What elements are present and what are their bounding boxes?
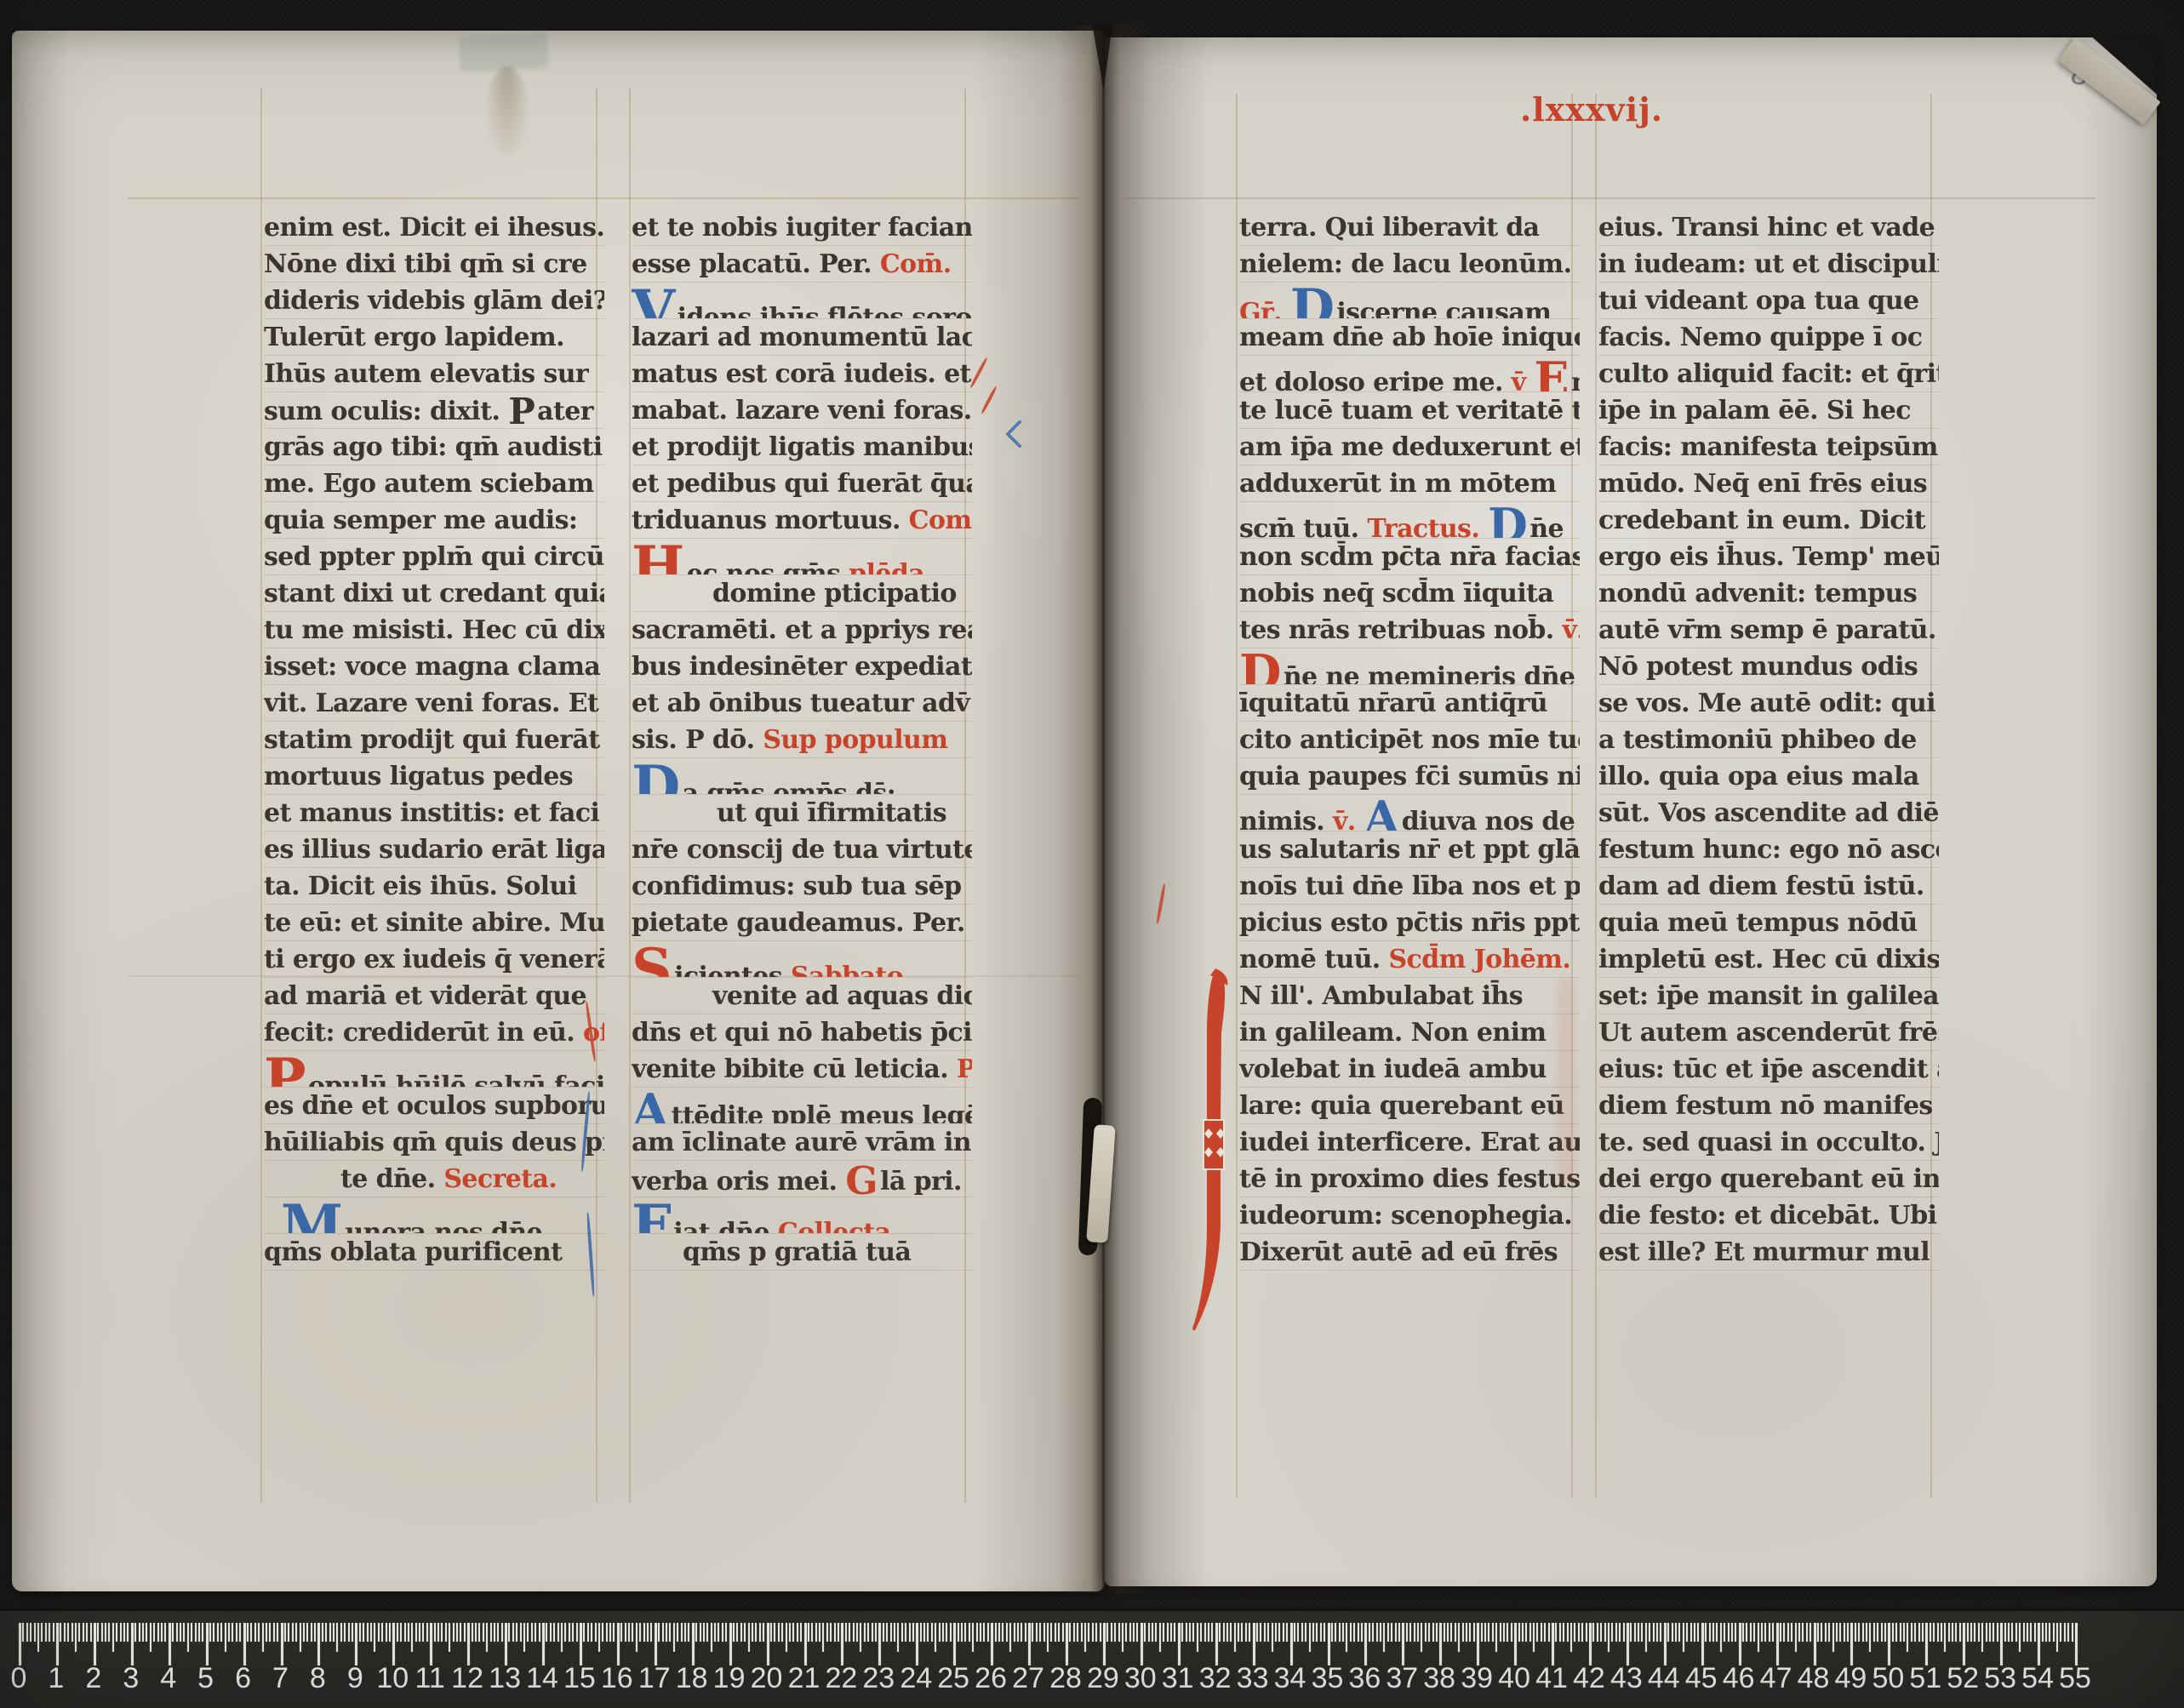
- rubric-text: plēda.: [849, 559, 933, 575]
- ruler-mm-tick: [1339, 1623, 1341, 1642]
- body-text: lazari ad monumentū lacʼ: [632, 323, 972, 352]
- ruler-half-tick: [1197, 1623, 1198, 1652]
- body-text: confidimus: sub tua sēp: [632, 871, 962, 901]
- ruler-mm-tick: [1649, 1623, 1650, 1642]
- ruler-mm-tick: [1690, 1623, 1692, 1642]
- ruler-number: 5: [197, 1662, 214, 1695]
- ruler-mm-tick: [314, 1623, 316, 1642]
- ruler-mm-tick: [883, 1623, 884, 1642]
- body-text: nimis.: [1239, 807, 1333, 831]
- ruler-number: 18: [676, 1662, 708, 1695]
- manuscript-text-line: iudeorum: scenophegia.: [1239, 1197, 1580, 1234]
- manuscript-text-line: nr̄e conscij de tua virtute: [632, 831, 972, 868]
- ruler-mm-tick: [2027, 1623, 2028, 1642]
- ruler-mm-tick: [531, 1623, 533, 1642]
- manuscript-text-line: impletū est. Hec cū dixis: [1598, 941, 1939, 978]
- ruler-mm-tick: [22, 1623, 24, 1642]
- body-text: set: ip̄e mansit in galilea.: [1598, 981, 1939, 1011]
- ruler-mm-tick: [1425, 1623, 1426, 1642]
- manuscript-text-line: diem festum nō manifes: [1598, 1088, 1939, 1124]
- body-text: quia meū tempus nōdū: [1598, 908, 1918, 938]
- rubric-text: Sup populum: [763, 725, 947, 755]
- body-text: iudeorum: scenophegia.: [1239, 1201, 1572, 1231]
- ruler-mm-tick: [669, 1623, 671, 1642]
- manuscript-text-line: et pedibus qui fuerāt q̄ua: [632, 466, 972, 502]
- ruler-mm-tick: [83, 1623, 84, 1642]
- ruler-mm-tick: [969, 1623, 970, 1642]
- ruler-mm-tick: [1436, 1623, 1438, 1642]
- rubric-text: Ps̄.: [957, 1054, 972, 1084]
- ruler-mm-tick: [1555, 1623, 1557, 1642]
- ruler-half-tick: [411, 1623, 413, 1652]
- ruler-number: 6: [235, 1662, 251, 1695]
- ruler-half-tick: [1346, 1623, 1347, 1652]
- pink-smudge-stain: [1558, 977, 1575, 1185]
- ruler-mm-tick: [1780, 1623, 1781, 1642]
- ruler-mm-tick: [557, 1623, 559, 1642]
- blue-initial-text: A: [1364, 799, 1398, 831]
- ruler-mm-tick: [2053, 1623, 2055, 1642]
- ruler-mm-tick: [763, 1623, 764, 1642]
- manuscript-text-line: venite ad aquas dicit: [632, 978, 972, 1014]
- ruler-mm-tick: [1728, 1623, 1729, 1642]
- ruler-number: 43: [1610, 1662, 1643, 1695]
- body-text: dam ad diem festū istū.: [1598, 871, 1924, 901]
- text-column-left-2: et te nobis iugiter faciantesse placatū.…: [632, 209, 972, 1271]
- ruler-mm-tick: [1507, 1623, 1508, 1642]
- ruler-mm-tick: [1611, 1623, 1613, 1642]
- body-text: impletū est. Hec cū dixis: [1598, 945, 1939, 974]
- ruler-mm-tick: [1092, 1623, 1094, 1642]
- body-text: quia semper me audis:: [264, 506, 577, 535]
- ruler-mm-tick: [49, 1623, 50, 1642]
- ruler-mm-tick: [1731, 1623, 1733, 1642]
- ruler-half-tick: [523, 1623, 525, 1652]
- blue-initial-text: F: [632, 1202, 671, 1234]
- body-text: festum hunc: ego nō ascē: [1598, 835, 1939, 865]
- ruler-mm-tick: [939, 1623, 940, 1642]
- manuscript-text-line: Munera nos dn̄e: [264, 1197, 604, 1234]
- ruler-mm-tick: [864, 1623, 866, 1642]
- ruler-cm-tick: [505, 1623, 507, 1665]
- ruler-mm-tick: [381, 1623, 383, 1642]
- manuscript-text-line: Fiat dn̄e Collecta: [632, 1197, 972, 1234]
- ruler-mm-tick: [220, 1623, 222, 1642]
- ruler-mm-tick: [434, 1623, 436, 1642]
- ruler-half-tick: [449, 1623, 450, 1652]
- body-text: domine pticipatio: [712, 579, 957, 608]
- blue-initial-text: M: [281, 1202, 342, 1234]
- ruler-cm-tick: [2075, 1623, 2078, 1665]
- rubric-text: E: [1534, 360, 1569, 392]
- ruler-mm-tick: [983, 1623, 985, 1642]
- ruler-number: 20: [751, 1662, 783, 1695]
- body-text: statim prodijt qui fuerāt: [264, 725, 599, 755]
- body-text: matus est corā iudeis. et cla: [632, 359, 972, 389]
- ruler-half-tick: [2019, 1623, 2021, 1652]
- ruler-mm-tick: [819, 1623, 820, 1642]
- ruler-mm-tick: [1006, 1623, 1008, 1642]
- ruler-mm-tick: [602, 1623, 603, 1642]
- ruler-mm-tick: [1294, 1623, 1295, 1642]
- ruler-mm-tick: [1136, 1623, 1138, 1642]
- ruler-mm-tick: [1798, 1623, 1800, 1642]
- body-text: iat dn̄e: [673, 1218, 778, 1234]
- ruler-mm-tick: [1021, 1623, 1022, 1642]
- ruler-mm-tick: [460, 1623, 461, 1642]
- ruler-cm-tick: [729, 1623, 732, 1665]
- ruler-mm-tick: [26, 1623, 28, 1642]
- ruler-half-tick: [1608, 1623, 1609, 1652]
- ruler-half-tick: [1421, 1623, 1422, 1652]
- ruler-cm-tick: [1925, 1623, 1928, 1665]
- ruler-number: 8: [310, 1662, 326, 1695]
- ruler-mm-tick: [774, 1623, 775, 1642]
- ruler-mm-tick: [1941, 1623, 1942, 1642]
- ruler-mm-tick: [1409, 1623, 1411, 1642]
- manuscript-text-line: tui videant opa tua que: [1598, 283, 1939, 319]
- ruler-mm-tick: [2049, 1623, 2050, 1642]
- body-text: a testimoniū phibeo de: [1598, 725, 1917, 755]
- rubric-text: G: [845, 1165, 878, 1197]
- ruler-number: 48: [1798, 1662, 1830, 1695]
- ruling-line: [260, 89, 262, 1503]
- ruler-mm-tick: [1055, 1623, 1056, 1642]
- ruler-mm-tick: [397, 1623, 398, 1642]
- manuscript-text-line: in galileam. Non enim: [1239, 1014, 1580, 1051]
- ruler-cm-tick: [1402, 1623, 1404, 1665]
- rubric-text: v̄.: [1333, 807, 1364, 831]
- ruler-half-tick: [1683, 1623, 1684, 1652]
- ruler-mm-tick: [437, 1623, 439, 1642]
- ruler-half-tick: [1495, 1623, 1497, 1652]
- gutter-fold-line: [1102, 27, 1105, 1591]
- rubric-text: v̄: [1512, 368, 1535, 392]
- body-text: Dixerūt autē ad eū frēs: [1239, 1237, 1558, 1267]
- manuscript-text-line: enim est. Dicit ei ihesus.: [264, 209, 604, 246]
- ruler-mm-tick: [1358, 1623, 1359, 1642]
- ruler-mm-tick: [1369, 1623, 1370, 1642]
- ruler-mm-tick: [1544, 1623, 1546, 1642]
- ruler-mm-tick: [60, 1623, 61, 1642]
- body-text: terra. Qui liberavit da: [1239, 213, 1540, 243]
- ruler-mm-tick: [325, 1623, 327, 1642]
- manuscript-text-line: tes nrās retribuas nob̄. v̄.: [1239, 612, 1580, 648]
- ruler-mm-tick: [288, 1623, 289, 1642]
- body-text: mortuus ligatus pedes: [264, 762, 573, 791]
- manuscript-text-line: es dn̄e et oculos supborum: [264, 1088, 604, 1124]
- body-text: Ihūs autem elevatis sur: [264, 359, 588, 389]
- ruler-mm-tick: [1088, 1623, 1089, 1642]
- ruler-mm-tick: [2030, 1623, 2032, 1642]
- ruler-mm-tick: [980, 1623, 981, 1642]
- body-text: opulū hūilē salvū faci: [308, 1071, 604, 1088]
- manuscript-text-line: adduxerūt in m mōtem: [1239, 466, 1580, 502]
- ruler-number: 26: [975, 1662, 1007, 1695]
- ruler-mm-tick: [722, 1623, 723, 1642]
- manuscript-text-line: meam dn̄e ab hoīe iniquo: [1239, 319, 1580, 356]
- ruler-mm-tick: [1653, 1623, 1655, 1642]
- text-column-left-1: enim est. Dicit ei ihesus.Nōne dixi tibi…: [264, 209, 604, 1271]
- ruler-mm-tick: [1574, 1623, 1575, 1642]
- ruler-mm-tick: [1821, 1623, 1822, 1642]
- ruler-cm-tick: [243, 1623, 246, 1665]
- ruler-mm-tick: [1559, 1623, 1561, 1642]
- ruler-mm-tick: [1970, 1623, 1972, 1642]
- manuscript-text-line: credebant in eum. Dicit: [1598, 502, 1939, 539]
- ruler-mm-tick: [1634, 1623, 1636, 1642]
- ruler-mm-tick: [976, 1623, 978, 1642]
- body-text: Ut autem ascenderūt frēs: [1598, 1018, 1939, 1048]
- ruler-mm-tick: [1398, 1623, 1400, 1642]
- ruler-half-tick: [786, 1623, 787, 1652]
- ruler-mm-tick: [778, 1623, 780, 1642]
- ruler-half-tick: [1720, 1623, 1722, 1652]
- ruler-mm-tick: [1125, 1623, 1127, 1642]
- ruler-half-tick: [1758, 1623, 1759, 1652]
- body-text: sum oculis: dixit.: [264, 397, 508, 426]
- ruler-cm-tick: [2038, 1623, 2040, 1665]
- manuscript-text-line: nobis neq̄ scd̄m īiquita: [1239, 575, 1580, 612]
- ruler-number: 28: [1049, 1662, 1082, 1695]
- ruler-mm-tick: [1058, 1623, 1060, 1642]
- manuscript-text-line: Gr̄. Discerne causam: [1239, 283, 1580, 319]
- ruler-mm-tick: [2072, 1623, 2073, 1642]
- ink-drip-stain: [487, 66, 528, 155]
- ruler-mm-tick: [497, 1623, 499, 1642]
- ruler-mm-tick: [1724, 1623, 1725, 1642]
- ruler-mm-tick: [695, 1623, 697, 1642]
- ruler-mm-tick: [198, 1623, 200, 1642]
- body-text: bus indesinēter expediat.: [632, 652, 972, 682]
- manuscript-text-line: eius: tūc et ip̄e ascendit ad: [1598, 1051, 1939, 1088]
- rubric-text: Scd̄m Johēm.: [1388, 945, 1570, 974]
- ruler-half-tick: [561, 1623, 563, 1652]
- ruler-mm-tick: [1536, 1623, 1538, 1642]
- body-text: ttēdite pplē meus legē me: [672, 1101, 972, 1124]
- ruler-half-tick: [1047, 1623, 1049, 1652]
- ruler-mm-tick: [1492, 1623, 1494, 1642]
- body-text: et te nobis iugiter faciant: [632, 213, 972, 243]
- ruler-mm-tick: [1892, 1623, 1894, 1642]
- ruler-mm-tick: [1376, 1623, 1378, 1642]
- manuscript-text-line: lare: quia querebant eū: [1239, 1088, 1580, 1124]
- manuscript-text-line: Hec nos qm̄s plēda.: [632, 539, 972, 575]
- ruler-mm-tick: [1694, 1623, 1695, 1642]
- ruler-mm-tick: [1167, 1623, 1169, 1642]
- ruler-mm-tick: [815, 1623, 817, 1642]
- ruler-mm-tick: [838, 1623, 839, 1642]
- ruler-mm-tick: [1111, 1623, 1112, 1642]
- ruler-number: 0: [11, 1662, 27, 1695]
- ruler-mm-tick: [1660, 1623, 1661, 1642]
- ruler-mm-tick: [620, 1623, 622, 1642]
- body-text: in galileam. Non enim: [1239, 1018, 1547, 1048]
- ruler-mm-tick: [1656, 1623, 1658, 1642]
- ruler-mm-tick: [1911, 1623, 1912, 1642]
- ruler-mm-tick: [306, 1623, 308, 1642]
- ruler-mm-tick: [1331, 1623, 1333, 1642]
- ruler-number: 17: [638, 1662, 671, 1695]
- ruler-number: 22: [825, 1662, 857, 1695]
- gutter-shadow: [1058, 26, 1152, 1593]
- ruler-mm-tick: [609, 1623, 611, 1642]
- ruler-half-tick: [1570, 1623, 1572, 1652]
- ruler-mm-tick: [404, 1623, 406, 1642]
- ruler-mm-tick: [1305, 1623, 1306, 1642]
- manuscript-text-line: Attēdite pplē meus legē me: [632, 1088, 972, 1124]
- ruler-mm-tick: [1989, 1623, 1991, 1642]
- ruler-half-tick: [37, 1623, 39, 1652]
- ruler-cm-tick: [1888, 1623, 1890, 1665]
- ruling-line: [1125, 197, 2095, 199]
- ruler-mm-tick: [931, 1623, 933, 1642]
- ruler-mm-tick: [872, 1623, 873, 1642]
- ruler-half-tick: [711, 1623, 712, 1652]
- ruler-mm-tick: [639, 1623, 641, 1642]
- manuscript-text-line: et doloso eripe me. v̄ Emit: [1239, 356, 1580, 392]
- ruler-mm-tick: [886, 1623, 888, 1642]
- body-text: n̄e ne memineris dn̄e: [1284, 662, 1575, 685]
- ruler-half-tick: [822, 1623, 824, 1652]
- ruler-mm-tick: [34, 1623, 36, 1642]
- body-text: ip̄e in palam ēē. Si hec: [1598, 396, 1911, 426]
- body-text: mūdo. Neq̄ enī frēs eius: [1598, 469, 1927, 499]
- body-text: fecit: crediderūt in eū.: [264, 1018, 583, 1048]
- ruler-cm-tick: [1364, 1623, 1367, 1665]
- ruler-half-tick: [336, 1623, 338, 1652]
- body-text: tes nrās retribuas nob̄.: [1239, 615, 1562, 645]
- manuscript-text-line: verba oris mei. Glā pri.: [632, 1161, 972, 1197]
- body-text: te. sed quasi in occulto. Ju: [1598, 1128, 1939, 1157]
- ruler-number: 3: [123, 1662, 139, 1695]
- ruler-number: 1: [48, 1662, 64, 1695]
- ruler-mm-tick: [333, 1623, 334, 1642]
- body-text: nielem: de lacu leonūm.: [1239, 249, 1571, 279]
- ruler-mm-tick: [478, 1623, 480, 1642]
- manuscript-text-line: Dn̄e ne memineris dn̄e: [1239, 648, 1580, 685]
- ruler-mm-tick: [105, 1623, 106, 1642]
- ruler-mm-tick: [464, 1623, 466, 1642]
- manuscript-text-line: am ip̄a me deduxerunt et: [1239, 429, 1580, 466]
- body-text: quia paupes fc̄i sumūs ni: [1239, 762, 1580, 791]
- ruler-cm-tick: [655, 1623, 657, 1665]
- manuscript-text-line: ti ergo ex iudeis q̄ venerāt: [264, 941, 604, 978]
- body-text: nobis neq̄ scd̄m īiquita: [1239, 579, 1553, 608]
- ruler-mm-tick: [2067, 1623, 2069, 1642]
- body-text: a qm̄s omp̄s ds̄:: [683, 779, 896, 795]
- ruler-mm-tick: [195, 1623, 197, 1642]
- ruler-mm-tick: [583, 1623, 585, 1642]
- ruler-mm-tick: [1245, 1623, 1247, 1642]
- ruler-cm-tick: [692, 1623, 695, 1665]
- ruler-mm-tick: [408, 1623, 409, 1642]
- ruler-mm-tick: [1226, 1623, 1228, 1642]
- ruler-mm-tick: [30, 1623, 31, 1642]
- measure-ruler: 0123456789101112131415161718192021222324…: [0, 1611, 2184, 1708]
- body-text: tē in proximo dies festus: [1239, 1164, 1580, 1194]
- ruler-mm-tick: [1249, 1623, 1250, 1642]
- manuscript-text-line: Nō potest mundus odis: [1598, 648, 1939, 685]
- ruler-mm-tick: [266, 1623, 267, 1642]
- ruler-mm-tick: [643, 1623, 645, 1642]
- body-text: diuva nos de: [1402, 807, 1575, 831]
- ruling-line: [1236, 94, 1238, 1498]
- ruler-cm-tick: [131, 1623, 134, 1665]
- ruler-cm-tick: [916, 1623, 918, 1665]
- ruler-mm-tick: [1641, 1623, 1643, 1642]
- ruler-cm-tick: [1328, 1623, 1330, 1665]
- ruler-mm-tick: [453, 1623, 455, 1642]
- manuscript-text-line: eius. Transi hinc et vade: [1598, 209, 1939, 246]
- ruler-mm-tick: [1481, 1623, 1483, 1642]
- ruler-number: 25: [937, 1662, 969, 1695]
- rubric-text: v̄.: [1562, 615, 1580, 645]
- ruler-number: 14: [526, 1662, 558, 1695]
- rubric-text: Sabbato: [791, 962, 903, 978]
- body-text: mabat. lazare veni foras.: [632, 396, 972, 426]
- body-text: īquitatū nr̄arū antiq̄rū: [1239, 688, 1547, 718]
- ruler-mm-tick: [703, 1623, 705, 1642]
- ruler-mm-tick: [725, 1623, 727, 1642]
- manuscript-text-line: confidimus: sub tua sēp: [632, 868, 972, 905]
- ruler-mm-tick: [1241, 1623, 1243, 1642]
- ruler-mm-tick: [1077, 1623, 1078, 1642]
- ruler-mm-tick: [2011, 1623, 2013, 1642]
- ruler-mm-tick: [183, 1623, 185, 1642]
- manuscript-text-line: et ab ōnibus tueatur adv̄: [632, 685, 972, 722]
- ruler-mm-tick: [2004, 1623, 2006, 1642]
- ruler-mm-tick: [1118, 1623, 1120, 1642]
- manuscript-text-line: dam ad diem festū istū.: [1598, 868, 1939, 905]
- ruler-mm-tick: [1114, 1623, 1116, 1642]
- ruler-mm-tick: [961, 1623, 963, 1642]
- ruler-mm-tick: [273, 1623, 275, 1642]
- ruler-mm-tick: [1742, 1623, 1744, 1642]
- ruler-cm-tick: [1627, 1623, 1629, 1665]
- ruler-mm-tick: [677, 1623, 678, 1642]
- ruler-mm-tick: [1267, 1623, 1269, 1642]
- ruler-mm-tick: [1017, 1623, 1019, 1642]
- manuscript-text-line: a testimoniū phibeo de: [1598, 722, 1939, 758]
- ruler-mm-tick: [808, 1623, 809, 1642]
- ruler-mm-tick: [516, 1623, 517, 1642]
- body-text: credebant in eum. Dicit: [1598, 506, 1925, 535]
- ruler-number: 19: [713, 1662, 746, 1695]
- ruler-mm-tick: [1350, 1623, 1352, 1642]
- ruler-mm-tick: [1444, 1623, 1445, 1642]
- ruler-mm-tick: [1675, 1623, 1677, 1642]
- ruler-mm-tick: [781, 1623, 783, 1642]
- ruler-mm-tick: [591, 1623, 592, 1642]
- ruler-cm-tick: [991, 1623, 993, 1665]
- ruler-half-tick: [1234, 1623, 1236, 1652]
- manuscript-text-line: facis: manifesta teipsūm: [1598, 429, 1939, 466]
- ruler-mm-tick: [1810, 1623, 1811, 1642]
- ruler-mm-tick: [1155, 1623, 1157, 1642]
- body-text: facis: manifesta teipsūm: [1598, 432, 1938, 462]
- ruler-number: 21: [788, 1662, 820, 1695]
- ruler-mm-tick: [127, 1623, 129, 1642]
- ruler-mm-tick: [1592, 1623, 1594, 1642]
- ruler-cm-tick: [841, 1623, 843, 1665]
- body-text: P: [508, 397, 535, 427]
- ruler-mm-tick: [1541, 1623, 1542, 1642]
- ruler-mm-tick: [1073, 1623, 1075, 1642]
- body-text: tui videant opa tua que: [1598, 286, 1918, 316]
- ruler-cm-tick: [804, 1623, 807, 1665]
- body-text: ater: [537, 397, 593, 426]
